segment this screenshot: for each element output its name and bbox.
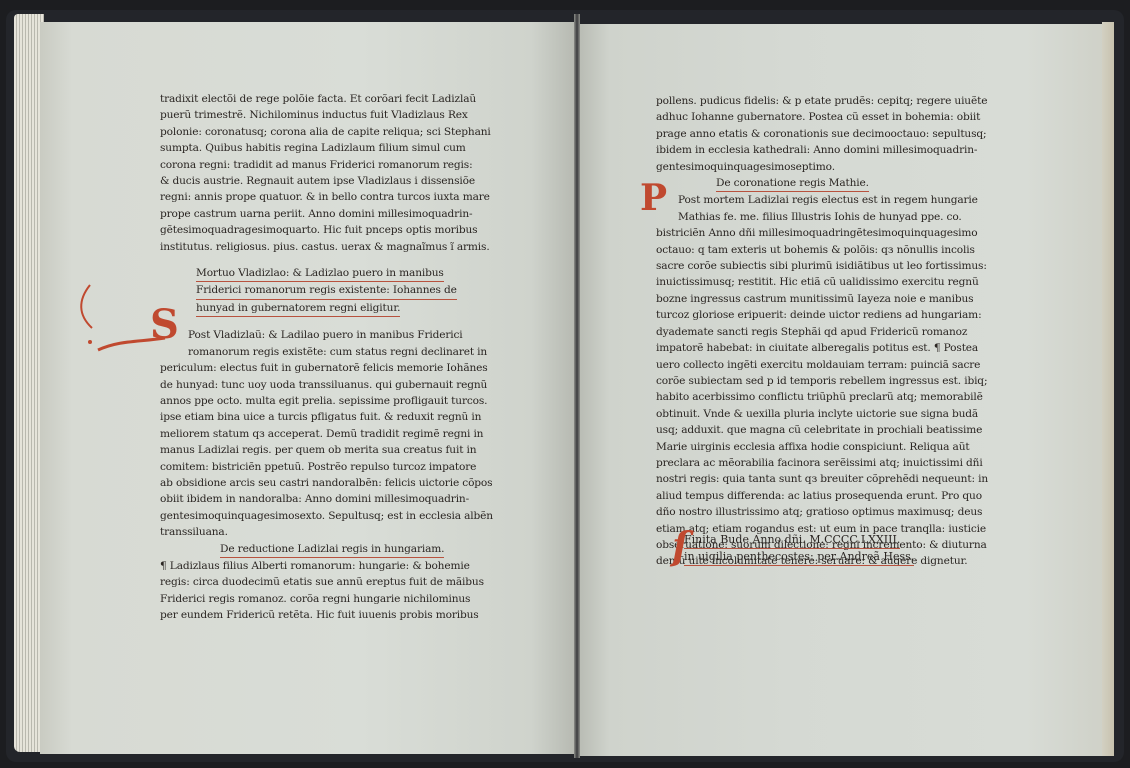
heading-line: Friderici romanorum regis existente: Ioh… (196, 282, 457, 299)
gutter (574, 14, 580, 758)
text-line: & ducis austrie. Regnauit autem ipse Vla… (160, 173, 505, 189)
right-paragraph-2: Post mortem Ladizlai regis electus est i… (656, 192, 996, 569)
heading-line: hunyad in gubernatorem regni eligitur. (196, 300, 400, 317)
text-line: puerũ trimestrẽ. Nichilominus inductus f… (160, 107, 505, 123)
text-line: polonie: coronatusq; corona alia de capi… (160, 124, 505, 140)
text-line: uero collecto ingẽti exercitu moldauiam … (656, 357, 996, 373)
text-line: octauo: q tam exteris ut bohemis & polõi… (656, 242, 996, 258)
text-line: corona regni: tradidit ad manus Frideric… (160, 157, 505, 173)
text-line: ibidem in ecclesia kathedrali: Anno domi… (656, 142, 996, 158)
text-line: gentesimoquinquagesimosexto. Sepultusq; … (160, 508, 505, 524)
text-line: turcoz gloriose eripuerit: deinde uictor… (656, 307, 996, 323)
heading-line: De reductione Ladizlai regis in hungaria… (220, 541, 444, 558)
red-flourish-icon (60, 280, 170, 360)
text-line: obiit ibidem in nandoralba: Anno domini … (160, 491, 505, 507)
text-line: romanorum regis existẽte: cum status reg… (160, 344, 505, 360)
text-line: habito acerbissimo conflictu triũphũ pre… (656, 389, 996, 405)
text-line: Marie uirginis ecclesia affixa hodie con… (656, 439, 996, 455)
text-line: usq; adduxit. que magna cũ celebritate i… (656, 422, 996, 438)
text-line: gentesimoquinquagesimoseptimo. (656, 159, 996, 175)
left-heading-1: Mortuo Vladizlao: & Ladizlao puero in ma… (160, 265, 505, 317)
text-line: impatorẽ habebat: in ciuitate alberegali… (656, 340, 996, 356)
text-line: adhuc Iohanne gubernatore. Postea cũ ess… (656, 109, 996, 125)
text-line: ¶ Ladizlaus filius Alberti romanorum: hu… (160, 558, 505, 574)
text-line: bistriciẽn Anno dñi millesimoquadringẽte… (656, 225, 996, 241)
text-line: inuictissimusq; restitit. Hic etiã cũ ua… (656, 274, 996, 290)
text-line: nostri regis: quia tanta sunt qз breuite… (656, 471, 996, 487)
text-line: institutus. religiosus. pius. castus. ue… (160, 239, 505, 255)
heading-line: De coronatione regis Mathie. (716, 175, 869, 192)
text-line: ab obsidione arcis seu castri nandoralbẽ… (160, 475, 505, 491)
text-line: aliud tempus differenda: ac latius prose… (656, 488, 996, 504)
text-line: prage anno etatis & coronationis sue dec… (656, 126, 996, 142)
text-line: per eundem Fridericũ retẽta. Hic fuit iu… (160, 607, 505, 623)
page-edges-right (1102, 22, 1114, 756)
text-line: Friderici regis romanoz. corõa regni hun… (160, 591, 505, 607)
rubricated-initial-p: P (640, 180, 667, 216)
text-line: dyademate sancti regis Stephãi qd apud F… (656, 324, 996, 340)
text-line: preclara ac mẽorabilia facinora serẽissi… (656, 455, 996, 471)
text-line: annos ppe octo. multa egit prelia. sepis… (160, 393, 505, 409)
text-line: Post mortem Ladizlai regis electus est i… (656, 192, 996, 208)
left-paragraph-3: ¶ Ladizlaus filius Alberti romanorum: hu… (160, 558, 505, 624)
left-paragraph-2: Post Vladizlaũ: & Ladilao puero in manib… (160, 327, 505, 540)
text-line: Post Vladizlaũ: & Ladilao puero in manib… (160, 327, 505, 343)
right-heading: De coronatione regis Mathie. (656, 175, 996, 192)
text-line: meliorem statum qз acceperat. Demũ tradi… (160, 426, 505, 442)
text-line: bozne ingressus castrum munitissimũ Iaye… (656, 291, 996, 307)
text-line: dño nostro illustrissimo atq; gratioso o… (656, 504, 996, 520)
rubricated-initial-f: ſ (672, 526, 688, 566)
text-line: pollens. pudicus fidelis: & p etate prud… (656, 93, 996, 109)
text-line: transsiluana. (160, 524, 505, 540)
text-line: sumpta. Quibus habitis regina Ladizlaum … (160, 140, 505, 156)
text-line: de hunyad: tunc uoy uoda transsiluanus. … (160, 377, 505, 393)
text-line: prope castrum uarna periit. Anno domini … (160, 206, 505, 222)
text-line: ipse etiam bina uice a turcis pfligatus … (160, 409, 505, 425)
colophon-line: in uigilia penthecostes: per Andreã Hess… (684, 549, 914, 566)
colophon: Finita Bude Anno dñi. M.CCCC.LXXIII. in … (684, 532, 984, 566)
left-paragraph-1: tradixit electõi de rege polõie facta. E… (160, 91, 505, 255)
right-paragraph-1: pollens. pudicus fidelis: & p etate prud… (656, 93, 996, 175)
text-line: manus Ladizlai regis. per quem ob merita… (160, 442, 505, 458)
right-page-text: pollens. pudicus fidelis: & p etate prud… (656, 93, 996, 570)
text-line: tradixit electõi de rege polõie facta. E… (160, 91, 505, 107)
text-line: corõe subiectam sed p id temporis rebell… (656, 373, 996, 389)
text-line: periculum: electus fuit in gubernatorẽ f… (160, 360, 505, 376)
left-page-text: tradixit electõi de rege polõie facta. E… (160, 91, 505, 624)
left-heading-2: De reductione Ladizlai regis in hungaria… (160, 541, 505, 558)
text-line: gẽtesimoquadragesimoquarto. Hic fuit pnc… (160, 222, 505, 238)
colophon-line: Finita Bude Anno dñi. M.CCCC.LXXIII. (684, 532, 900, 549)
heading-line: Mortuo Vladizlao: & Ladizlao puero in ma… (196, 265, 444, 282)
text-line: sacre corõe subiectis sibi plurimũ isidi… (656, 258, 996, 274)
text-line: Mathias fe. me. filius Illustris Iohis d… (656, 209, 996, 225)
text-line: regni: annis prope quatuor. & in bello c… (160, 189, 505, 205)
text-line: comitem: bistriciẽn ppetuũ. Postrẽo repu… (160, 459, 505, 475)
text-line: regis: circa duodecimũ etatis sue annũ e… (160, 574, 505, 590)
text-line: obtinuit. Vnde & uexilla pluria inclyte … (656, 406, 996, 422)
